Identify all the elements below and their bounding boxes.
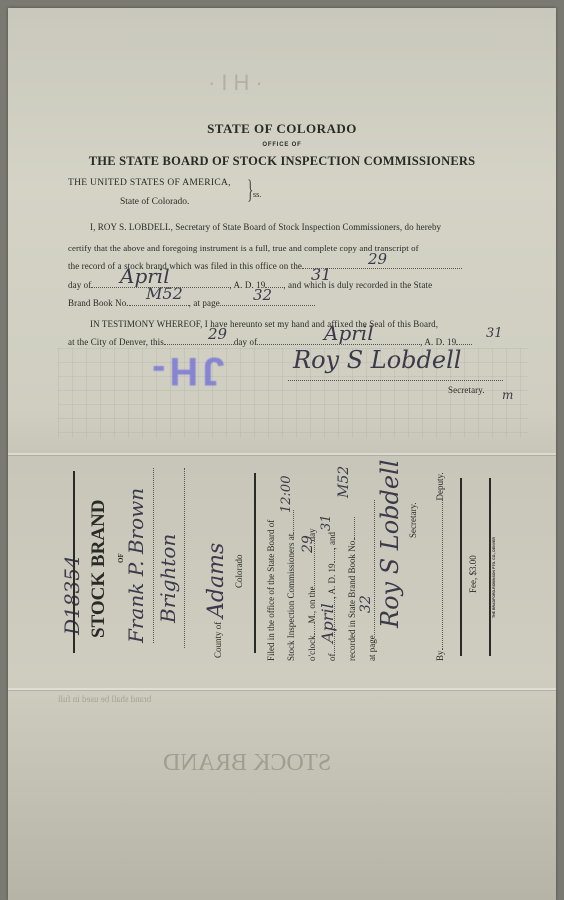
- filed-line-2-text: Stock Inspection Commissioners at: [286, 534, 296, 661]
- back-ad-label: , A. D. 19: [327, 563, 337, 598]
- document-page: ·IH· STATE OF COLORADO OFFICE OF THE STA…: [8, 8, 556, 900]
- back-book-dots: [354, 517, 355, 539]
- back-year-dots: [334, 549, 335, 563]
- rule-right-2: [489, 478, 491, 656]
- time-blank: [293, 510, 294, 534]
- venue-usa: THE UNITED STATES OF AMERICA,: [68, 178, 231, 188]
- back-year-handwritten: 31: [319, 514, 334, 531]
- filed-line-2: Stock Inspection Commissioners at: [286, 510, 296, 661]
- stock-brand-title: STOCK BRAND: [88, 500, 110, 638]
- filed-year-handwritten: 31: [311, 265, 331, 284]
- brand-book-handwritten: M52: [146, 284, 183, 303]
- rule-right-1: [460, 478, 462, 656]
- signature-dots: [374, 500, 375, 635]
- clerk-initials: m: [502, 388, 513, 402]
- county-handwritten: Adams: [204, 543, 229, 618]
- owner-line: [153, 468, 154, 643]
- bleed-through-title: STOCK BRAND: [163, 750, 331, 777]
- filed-line-5: recorded in State Brand Book No.: [347, 517, 357, 661]
- printer-imprint: THE BRADFORD-ROBINSON PTG. CO., DENVER: [492, 537, 496, 618]
- bleed-through-mark: ·IH·: [208, 70, 269, 96]
- county-label: County of: [213, 622, 223, 658]
- record-number-handwritten: D18354: [60, 555, 84, 635]
- deputy-label: Deputy.: [435, 472, 445, 500]
- city-label: at the City of Denver, this: [68, 337, 164, 347]
- office-of-label: OFFICE OF: [8, 142, 556, 148]
- testimony-year-handwritten: 31: [486, 326, 503, 341]
- back-page-handwritten: 32: [358, 595, 374, 613]
- m-blank: [314, 623, 315, 635]
- at-page-label: , at page: [189, 298, 220, 308]
- testimony-line-1: IN TESTIMONY WHEREOF, I have hereunto se…: [90, 319, 438, 329]
- deputy-dots: [442, 500, 443, 650]
- recorded-label: recorded in State Brand Book No.: [347, 539, 357, 661]
- page-blank: [220, 305, 315, 306]
- venue-ss: ss.: [253, 190, 261, 199]
- by-deputy-line: ByDeputy.: [435, 472, 445, 661]
- by-label: By: [435, 650, 445, 661]
- cert-line-4-suffix: , and which is duly recorded in the Stat…: [283, 280, 432, 290]
- rule-left: [73, 471, 75, 653]
- page-handwritten: 32: [253, 286, 272, 304]
- venue-state: State of Colorado.: [120, 197, 189, 207]
- back-label-panel: D18354 STOCK BRAND OF Frank P. Brown Bri…: [8, 453, 556, 688]
- fee-label: Fee, $3.00: [468, 555, 478, 593]
- brand-stamp: JH-: [148, 348, 224, 393]
- bleed-through-line: brand shall be used in full: [58, 694, 151, 704]
- board-heading: THE STATE BOARD OF STOCK INSPECTION COMM…: [8, 154, 556, 169]
- cert-line-2: certify that the above and foregoing ins…: [68, 243, 419, 253]
- filed-day-handwritten: 29: [368, 250, 387, 268]
- state-heading: STATE OF COLORADO: [8, 121, 556, 137]
- back-filed-day-handwritten: 29: [300, 535, 316, 553]
- testimony-day-blank: [164, 344, 234, 345]
- day-of-label: day of: [68, 280, 91, 290]
- cert-line-3-text: the record of a stock brand which was fi…: [68, 261, 302, 271]
- signature-line: [288, 380, 503, 381]
- town-line: [184, 468, 185, 648]
- back-at-page-label: at page: [367, 635, 377, 661]
- brand-book-label: Brand Book No.: [68, 298, 129, 308]
- brand-book-blank: [129, 305, 189, 306]
- town-handwritten: Brighton: [156, 534, 180, 623]
- and-label: , and: [327, 532, 337, 550]
- testimony-year-blank: [456, 344, 472, 345]
- owner-name-handwritten: Frank P. Brown: [124, 488, 148, 643]
- m-on-the-label: M., on the: [307, 586, 317, 623]
- state-label: Colorado: [234, 555, 244, 589]
- filed-time-handwritten: 12:00: [279, 476, 294, 513]
- secretary-signature: Roy S Lobdell: [293, 346, 461, 374]
- oclock-label: o'clock: [307, 635, 317, 661]
- back-signature: Roy S Lobdell: [376, 460, 404, 628]
- testimony-month-handwritten: April: [324, 321, 374, 345]
- testimony-day-handwritten: 29: [208, 325, 227, 343]
- reverse-bleed-panel: brand shall be used in full STOCK BRAND: [8, 688, 556, 900]
- rule-middle: [254, 473, 256, 653]
- back-month-handwritten: April: [318, 603, 337, 643]
- back-brand-book-handwritten: M52: [336, 466, 352, 498]
- of-month-label: of: [327, 654, 337, 662]
- filed-line-1: Filed in the office of the State Board o…: [266, 520, 276, 661]
- cert-line-1: I, ROY S. LOBDELL, Secretary of State Bo…: [90, 222, 441, 232]
- back-secretary-label: Secretary.: [408, 502, 418, 538]
- testimony-day-of: day of: [234, 337, 257, 347]
- certificate-panel: ·IH· STATE OF COLORADO OFFICE OF THE STA…: [8, 8, 556, 453]
- cert-line-5: Brand Book No., at page: [68, 298, 315, 308]
- secretary-title: Secretary.: [448, 385, 485, 395]
